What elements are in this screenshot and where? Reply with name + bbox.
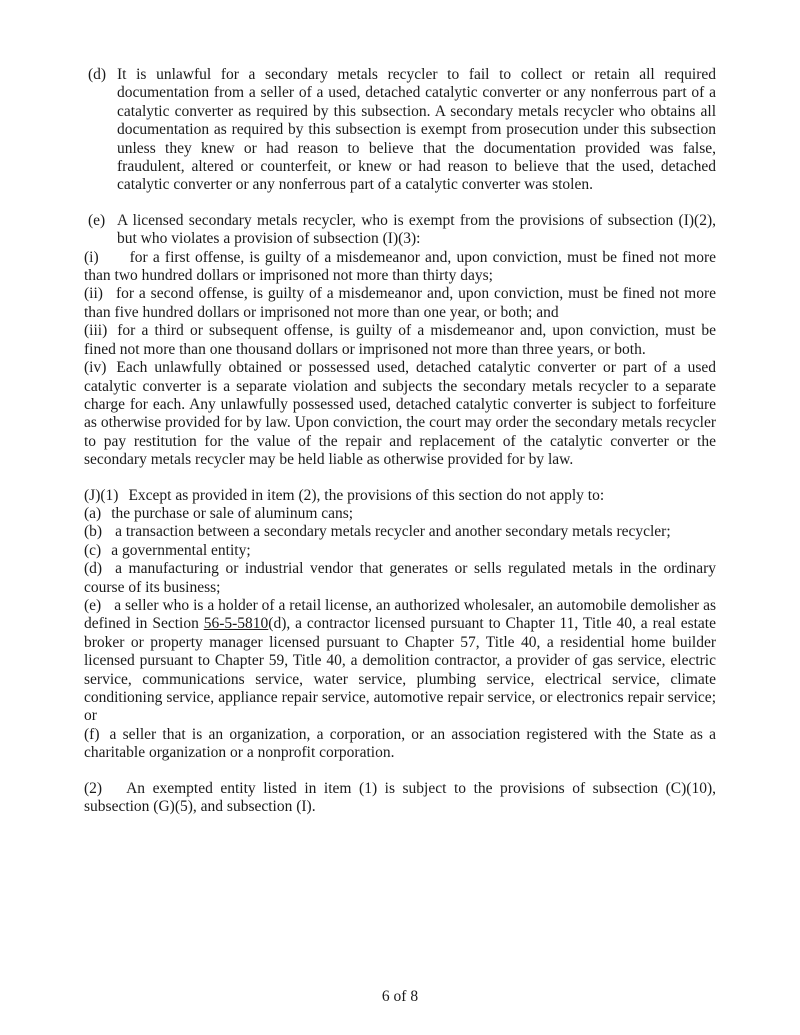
paragraph-e-label: (e) xyxy=(84,212,117,230)
subitem-iv: (iv)Each unlawfully obtained or possesse… xyxy=(84,359,716,469)
paragraph-d: (d)It is unlawful for a secondary metals… xyxy=(84,66,716,195)
subitem-b: (b)a transaction between a secondary met… xyxy=(84,523,716,541)
subitem-d-label: (d) xyxy=(84,560,102,577)
section-j: (J)(1)Except as provided in item (2), th… xyxy=(84,487,716,763)
subitem-a-label: (a) xyxy=(84,505,101,522)
subitem-c-label: (c) xyxy=(84,542,101,559)
subitem-i-label: (i) xyxy=(84,249,99,266)
subitem-f-label: (f) xyxy=(84,726,100,743)
subitem-a: (a)the purchase or sale of aluminum cans… xyxy=(84,505,716,523)
paragraph-j1-text: Except as provided in item (2), the prov… xyxy=(128,487,604,504)
subitem-e: (e)a seller who is a holder of a retail … xyxy=(84,597,716,726)
subitem-b-text: a transaction between a secondary metals… xyxy=(115,523,671,540)
paragraph-2-text: An exempted entity listed in item (1) is… xyxy=(84,780,716,815)
paragraph-2: (2)An exempted entity listed in item (1)… xyxy=(84,780,716,817)
subitem-i-text: for a first offense, is guilty of a misd… xyxy=(84,249,716,284)
paragraph-j1-label: (J)(1) xyxy=(84,487,118,504)
subitem-iii: (iii)for a third or subsequent offense, … xyxy=(84,322,716,359)
subitem-f-text: a seller that is an organization, a corp… xyxy=(84,726,716,761)
section-e: (e)A licensed secondary metals recycler,… xyxy=(84,212,716,470)
section-56-5-5810-link[interactable]: 56-5-5810 xyxy=(204,615,269,632)
document-body: (d)It is unlawful for a secondary metals… xyxy=(84,66,716,833)
subitem-c-text: a governmental entity; xyxy=(111,542,250,559)
subitem-ii-label: (ii) xyxy=(84,285,103,302)
subitem-iv-label: (iv) xyxy=(84,359,106,376)
paragraph-d-text: It is unlawful for a secondary metals re… xyxy=(117,66,716,193)
subitem-iv-text: Each unlawfully obtained or possessed us… xyxy=(84,359,716,468)
section-2: (2)An exempted entity listed in item (1)… xyxy=(84,780,716,817)
section-d: (d)It is unlawful for a secondary metals… xyxy=(84,66,716,195)
subitem-d-text: a manufacturing or industrial vendor tha… xyxy=(84,560,716,595)
document-page: (d)It is unlawful for a secondary metals… xyxy=(0,0,800,1035)
subitem-d: (d)a manufacturing or industrial vendor … xyxy=(84,560,716,597)
page-number: 6 of 8 xyxy=(0,988,800,1006)
subitem-ii-text: for a second offense, is guilty of a mis… xyxy=(84,285,716,320)
subitem-c: (c)a governmental entity; xyxy=(84,542,716,560)
paragraph-d-label: (d) xyxy=(84,66,117,84)
paragraph-e: (e)A licensed secondary metals recycler,… xyxy=(84,212,716,249)
subitem-ii: (ii)for a second offense, is guilty of a… xyxy=(84,285,716,322)
subitem-f: (f)a seller that is an organization, a c… xyxy=(84,726,716,763)
paragraph-2-label: (2) xyxy=(84,780,102,797)
subitem-i: (i)for a first offense, is guilty of a m… xyxy=(84,249,716,286)
subitem-e-label: (e) xyxy=(84,597,101,614)
paragraph-j1: (J)(1)Except as provided in item (2), th… xyxy=(84,487,716,505)
subitem-a-text: the purchase or sale of aluminum cans; xyxy=(111,505,353,522)
paragraph-e-text: A licensed secondary metals recycler, wh… xyxy=(117,212,716,247)
subitem-iii-text: for a third or subsequent offense, is gu… xyxy=(84,322,716,357)
subitem-iii-label: (iii) xyxy=(84,322,107,339)
subitem-b-label: (b) xyxy=(84,523,102,540)
